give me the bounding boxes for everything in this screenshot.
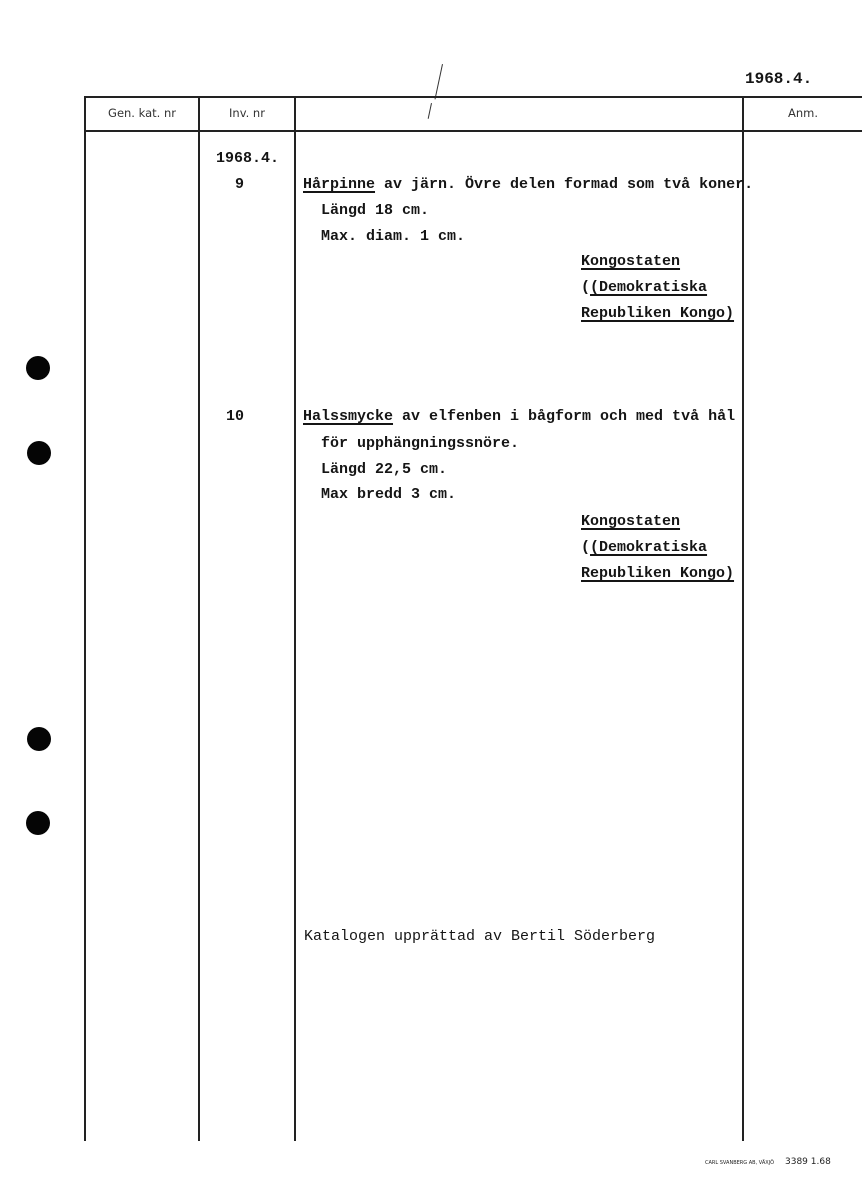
- entry-detail: Längd 18 cm.: [321, 202, 429, 219]
- header-anm: Anm.: [744, 106, 862, 120]
- catalog-signature: Katalogen upprättad av Bertil Söderberg: [304, 928, 655, 945]
- entry-detail: för upphängningssnöre.: [321, 435, 519, 452]
- origin-line: Kongostaten: [581, 253, 680, 270]
- header-inv-nr: Inv. nr: [200, 106, 294, 120]
- punch-hole: [26, 356, 50, 380]
- corner-catalog-number: 1968.4.: [745, 70, 812, 88]
- column-rule-desc-anm: [742, 96, 744, 1141]
- entry-detail: Max. diam. 1 cm.: [321, 228, 465, 245]
- origin-line: Republiken Kongo): [581, 565, 734, 582]
- origin-line: ((Demokratiska: [581, 279, 707, 296]
- column-rule-inv-desc: [294, 96, 296, 1141]
- form-code: 3389 1.68: [785, 1157, 831, 1167]
- origin-line: Kongostaten: [581, 513, 680, 530]
- column-rule-left: [84, 96, 86, 1141]
- entry-detail: Max bredd 3 cm.: [321, 486, 456, 503]
- object-name: Hårpinne: [303, 176, 375, 193]
- origin-line: Republiken Kongo): [581, 305, 734, 322]
- punch-hole: [27, 727, 51, 751]
- entry-description: Hårpinne av järn. Övre delen formad som …: [303, 176, 753, 193]
- inv-number: 9: [235, 176, 244, 193]
- entry-detail: Längd 22,5 cm.: [321, 461, 447, 478]
- inv-number: 10: [226, 408, 244, 425]
- pen-mark: [435, 64, 443, 99]
- entry-description: Halssmycke av elfenben i bågform och med…: [303, 408, 735, 425]
- table-top-rule: [84, 96, 862, 98]
- object-name: Halssmycke: [303, 408, 393, 425]
- header-gen-kat-nr: Gen. kat. nr: [86, 106, 198, 120]
- punch-hole: [26, 811, 50, 835]
- punch-hole: [27, 441, 51, 465]
- origin-line: ((Demokratiska: [581, 539, 707, 556]
- collection-number: 1968.4.: [216, 150, 279, 167]
- table-header-rule: [84, 130, 862, 132]
- pen-mark: [428, 103, 432, 119]
- column-rule-gen-inv: [198, 96, 200, 1141]
- printer-imprint: CARL SVANBERG AB, VÄXJÖ: [705, 1160, 774, 1166]
